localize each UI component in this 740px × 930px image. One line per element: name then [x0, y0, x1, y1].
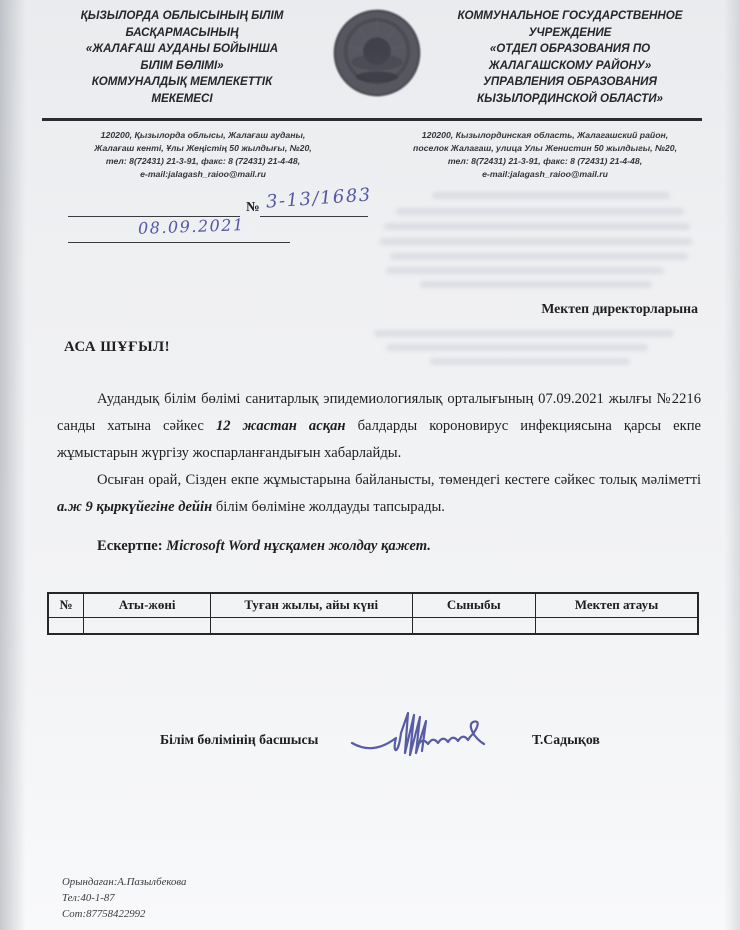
ref-number-label: № [246, 199, 260, 215]
note-label: Ескертпе: [97, 538, 166, 554]
signatory-name: Т.Садықов [532, 732, 600, 748]
letter-body: Аудандық білім бөлімі санитарлық эпидеми… [57, 386, 701, 560]
table-row [48, 617, 698, 634]
org-name-russian: КОММУНАЛЬНОЕ ГОСУДАРСТВЕННОЕ УЧРЕЖДЕНИЕ … [424, 8, 716, 107]
col-school: Мектеп атауы [536, 593, 699, 617]
pupils-table: № Аты-жөні Туған жылы, айы күні Сыныбы М… [47, 592, 699, 635]
urgency-heading: АСА ШҰҒЫЛ! [64, 339, 170, 356]
cell-birthdate [211, 617, 413, 634]
paragraph-2-text-end: білім бөліміне жолдауды тапсырады. [212, 499, 445, 515]
letterhead-divider [42, 118, 702, 121]
ref-date-handwritten: 08.09.2021 [138, 215, 245, 238]
table-header-row: № Аты-жөні Туған жылы, айы күні Сыныбы М… [48, 593, 698, 617]
cell-number [48, 617, 84, 634]
paragraph-2: Осыған орай, Сізден екпе жұмыстарына бай… [57, 467, 701, 521]
cell-class [412, 617, 536, 634]
col-number: № [48, 593, 84, 617]
paragraph-1-emphasis: 12 жастан асқан [216, 418, 346, 434]
signature-scribble-icon [348, 693, 498, 778]
cell-fullname [84, 617, 211, 634]
note-line: Ескертпе: Microsoft Word нұсқамен жолдау… [57, 533, 701, 560]
paragraph-2-text: Осыған орай, Сізден екпе жұмыстарына бай… [97, 472, 701, 488]
cell-school [536, 617, 699, 634]
executor-footer: Орындаған:А.Пазылбекова Тел:40-1-87 Сот:… [62, 874, 186, 922]
scan-edge-shadow-right [724, 0, 740, 930]
scanned-letter-page: ҚЫЗЫЛОРДА ОБЛЫСЫНЫҢ БІЛІМ БАСҚАРМАСЫНЫҢ … [0, 0, 740, 930]
col-fullname: Аты-жөні [84, 593, 211, 617]
note-text: Microsoft Word нұсқамен жолдау қажет. [166, 538, 431, 554]
recipient-line: Мектеп директорларына [400, 301, 698, 317]
ref-date-underline [68, 242, 290, 243]
signatory-title: Білім бөлімінің басшысы [160, 732, 318, 748]
contact-block-russian: 120200, Кызылординская область, Жалагашс… [382, 129, 708, 181]
col-birthdate: Туған жылы, айы күні [211, 593, 413, 617]
org-name-kazakh: ҚЫЗЫЛОРДА ОБЛЫСЫНЫҢ БІЛІМ БАСҚАРМАСЫНЫҢ … [42, 8, 322, 107]
contact-block-kazakh: 120200, Қызылорда облысы, Жалағаш ауданы… [52, 129, 354, 181]
paragraph-2-emphasis: а.ж 9 қыркүйегіне дейін [57, 499, 212, 515]
scan-edge-shadow-left [0, 0, 26, 930]
col-class: Сыныбы [412, 593, 536, 617]
kazakhstan-emblem-stamp-icon [330, 7, 424, 99]
paragraph-1: Аудандық білім бөлімі санитарлық эпидеми… [57, 386, 701, 467]
ref-number-underline [260, 216, 368, 217]
ref-number-handwritten: 3-13/1683 [265, 184, 372, 212]
